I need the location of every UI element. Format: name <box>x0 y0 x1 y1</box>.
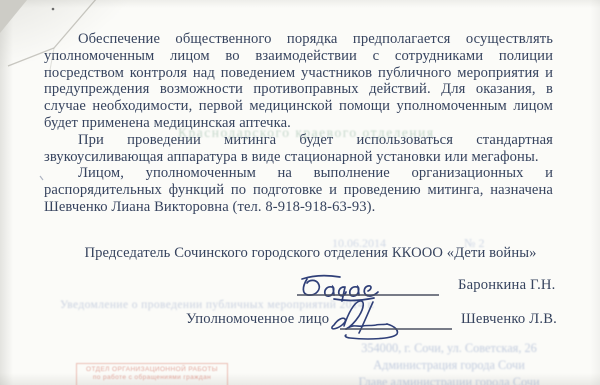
document-line: Обеспечение общественного порядка предпо… <box>44 31 553 48</box>
document-line: распорядительных функций по подготовке и… <box>44 182 553 199</box>
document-line: посредством контроля над поведением учас… <box>44 65 553 82</box>
document-line: предупреждения возможности противоправны… <box>44 81 553 98</box>
handwritten-signature-shevchenko <box>326 297 426 347</box>
bleedthrough-stamp-line: по работе с обращениями граждан <box>77 374 227 382</box>
bleedthrough-stamp-line: ОТДЕЛ ОРГАНИЗАЦИОННОЙ РАБОТЫ <box>77 366 227 374</box>
document-line: будет применена медицинская аптечка. <box>44 115 553 132</box>
document-line: случае необходимости, первой медицинской… <box>44 98 553 115</box>
signatory-title-line: Председатель Сочинского городского отдел… <box>56 245 565 262</box>
document-line: звукоусиливающая аппаратура в виде стаци… <box>44 149 553 166</box>
bleedthrough-address-line: Администрация города Сочи <box>333 357 565 374</box>
signature-line-2 <box>340 328 452 330</box>
document-line: уполномоченным лицом во взаимодействии с… <box>44 48 553 65</box>
document-line: При проведении митинга будет использоват… <box>44 132 553 149</box>
document-body: Обеспечение общественного порядка предпо… <box>44 31 553 216</box>
scanned-document-page: Обеспечение общественного порядка предпо… <box>0 0 600 385</box>
authorized-person-label: Уполномоченное лицо <box>186 311 329 328</box>
document-line: Лицом, уполномоченным на выполнение орга… <box>44 165 553 182</box>
signature-name-baronkina: Баронкина Г.Н. <box>458 277 556 294</box>
bleedthrough-stamp-box: ОТДЕЛ ОРГАНИЗАЦИОННОЙ РАБОТЫпо работе с … <box>76 363 228 385</box>
document-line: Шевченко Лиана Викторовна (тел. 8-918-91… <box>44 199 553 216</box>
signature-name-shevchenko: Шевченко Л.В. <box>461 311 557 328</box>
bleedthrough-address-line: Главе администрации города Сочи <box>333 374 565 385</box>
signature-line-1 <box>297 294 439 296</box>
